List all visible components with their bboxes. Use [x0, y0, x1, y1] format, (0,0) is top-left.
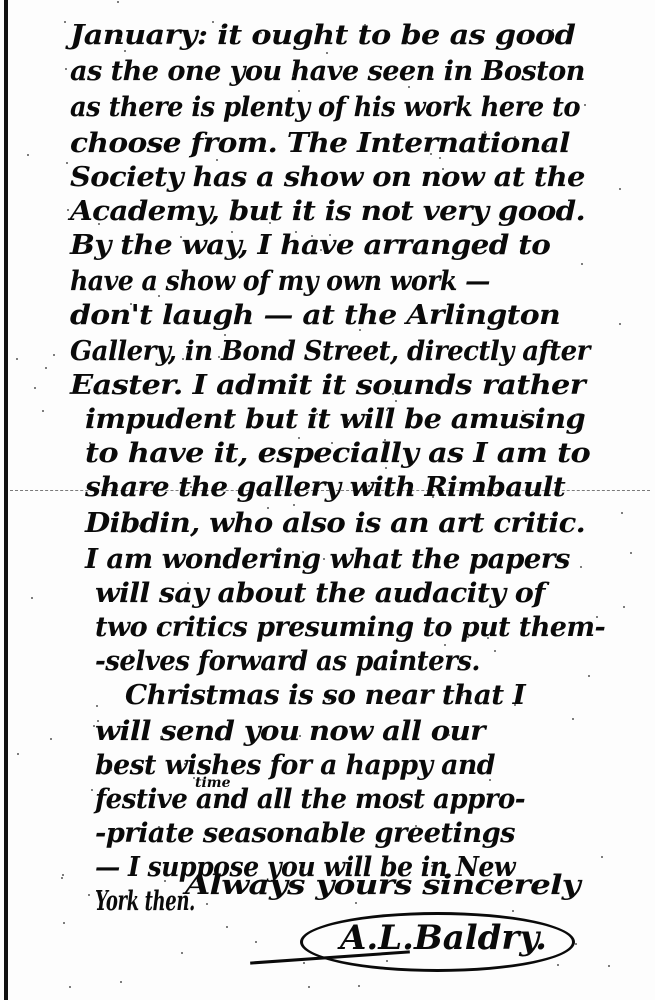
letter-line: don't laugh — at the Arlington	[70, 300, 560, 331]
scan-speck	[489, 779, 491, 781]
scan-speck	[355, 902, 357, 904]
scan-speck	[514, 136, 516, 138]
letter-line: will say about the audacity of	[95, 578, 545, 609]
scan-speck	[621, 512, 623, 514]
letter-line: Dibdin, who also is an art critic.	[85, 508, 585, 539]
scan-speck	[580, 566, 582, 568]
scan-speck	[395, 400, 397, 402]
scan-speck	[311, 235, 313, 237]
scan-speck	[358, 985, 360, 987]
scan-speck	[206, 903, 208, 905]
scan-border	[4, 0, 8, 1000]
scan-speck	[69, 986, 71, 988]
scan-speck	[584, 104, 586, 106]
scan-speck	[110, 769, 112, 771]
letter-line: will send you now all our	[95, 716, 485, 747]
letter-line: Christmas is so near that I	[125, 680, 525, 711]
scan-speck	[184, 763, 186, 765]
scan-speck	[63, 922, 65, 924]
scan-speck	[572, 718, 574, 720]
scan-speck	[50, 738, 52, 740]
scan-speck	[218, 356, 220, 358]
scan-speck	[477, 490, 479, 492]
letter-line: to have it, especially as I am to	[85, 438, 590, 469]
scan-speck	[216, 159, 218, 161]
scan-speck	[408, 86, 410, 88]
scan-speck	[298, 90, 300, 92]
letter-line: as there is plenty of his work here to	[70, 92, 580, 123]
scan-speck	[180, 236, 182, 238]
closing: Always yours sincerely	[185, 870, 580, 901]
signature: A.L.Baldry.	[300, 912, 580, 982]
scan-speck	[231, 415, 233, 417]
scan-speck	[292, 75, 294, 77]
scan-speck	[619, 323, 621, 325]
letter-line: I am wondering what the papers	[85, 544, 570, 575]
scan-speck	[268, 109, 270, 111]
letter-line: impudent but it will be amusing	[85, 404, 585, 435]
scan-speck	[293, 504, 295, 506]
scan-speck	[608, 965, 610, 967]
scan-speck	[630, 552, 632, 554]
letter-line: -priate seasonable greetings	[95, 818, 515, 849]
scan-speck	[326, 52, 328, 54]
scan-speck	[89, 442, 91, 444]
scan-speck	[385, 467, 387, 469]
letter-line: best wishes for a happy and	[95, 750, 495, 781]
scan-speck	[117, 1, 119, 3]
scan-speck	[88, 894, 90, 896]
letter-page: January: it ought to be as goodas the on…	[0, 0, 655, 1000]
scan-speck	[448, 734, 450, 736]
scan-speck	[164, 880, 166, 882]
scan-speck	[368, 485, 370, 487]
letter-line: as the one you have seen in Boston	[70, 56, 585, 87]
letter-line: two critics presuming to put them-	[95, 612, 605, 643]
scan-speck	[331, 442, 333, 444]
scan-speck	[158, 295, 160, 297]
scan-speck	[66, 162, 68, 164]
scan-speck	[61, 877, 63, 879]
scan-speck	[224, 334, 226, 336]
scan-speck	[16, 358, 18, 360]
scan-speck	[190, 486, 192, 488]
letter-line: -selves forward as painters.	[95, 646, 480, 677]
scan-speck	[442, 168, 444, 170]
scan-speck	[65, 68, 67, 70]
scan-speck	[149, 392, 151, 394]
scan-speck	[53, 354, 55, 356]
scan-speck	[619, 188, 621, 190]
scan-speck	[487, 637, 489, 639]
scan-speck	[308, 986, 310, 988]
scan-speck	[260, 32, 262, 34]
scan-speck	[316, 413, 318, 415]
scan-speck	[522, 410, 524, 412]
letter-line: choose from. The International	[70, 128, 570, 159]
scan-speck	[124, 50, 126, 52]
scan-speck	[575, 414, 577, 416]
scan-speck	[231, 231, 233, 233]
scan-speck	[291, 834, 293, 836]
scan-speck	[34, 387, 36, 389]
letter-line: York then.	[95, 886, 195, 917]
scan-speck	[181, 952, 183, 954]
scan-speck	[226, 926, 228, 928]
scan-speck	[45, 367, 47, 369]
scan-speck	[386, 960, 388, 962]
scan-speck	[91, 789, 93, 791]
scan-speck	[42, 410, 44, 412]
scan-speck	[601, 856, 603, 858]
scan-speck	[494, 650, 496, 652]
scan-speck	[299, 735, 301, 737]
scan-speck	[31, 597, 33, 599]
scan-speck	[120, 981, 122, 983]
scan-speck	[557, 964, 559, 966]
scan-speck	[484, 131, 486, 133]
scan-speck	[96, 705, 98, 707]
scan-speck	[255, 941, 257, 943]
scan-speck	[588, 675, 590, 677]
scan-speck	[581, 263, 583, 265]
scan-speck	[93, 725, 95, 727]
scan-speck	[623, 606, 625, 608]
letter-line: January: it ought to be as good	[70, 20, 575, 51]
letter-line: share the gallery with Rimbault	[85, 472, 565, 503]
scan-speck	[278, 548, 280, 550]
scan-speck	[182, 358, 184, 360]
scan-speck	[353, 278, 355, 280]
letter-line: Easter. I admit it sounds rather	[70, 370, 585, 401]
letter-line: Gallery, in Bond Street, directly after	[70, 336, 590, 367]
signature-text: A.L.Baldry.	[340, 918, 547, 958]
scan-speck	[439, 157, 441, 159]
scan-speck	[384, 439, 386, 441]
scan-speck	[329, 234, 331, 236]
letter-line: have a show of my own work —	[70, 266, 490, 297]
scan-speck	[64, 21, 66, 23]
scan-speck	[158, 625, 160, 627]
letter-line: Academy, but it is not very good.	[70, 196, 585, 227]
scan-speck	[17, 753, 19, 755]
scan-speck	[67, 209, 69, 211]
scan-speck	[302, 868, 304, 870]
inserted-word: time	[195, 775, 231, 791]
scan-speck	[353, 827, 355, 829]
scan-speck	[27, 154, 29, 156]
letter-line: Society has a show on now at the	[70, 162, 585, 193]
letter-line: festive and all the most appro-	[95, 784, 525, 815]
scan-speck	[302, 551, 304, 553]
